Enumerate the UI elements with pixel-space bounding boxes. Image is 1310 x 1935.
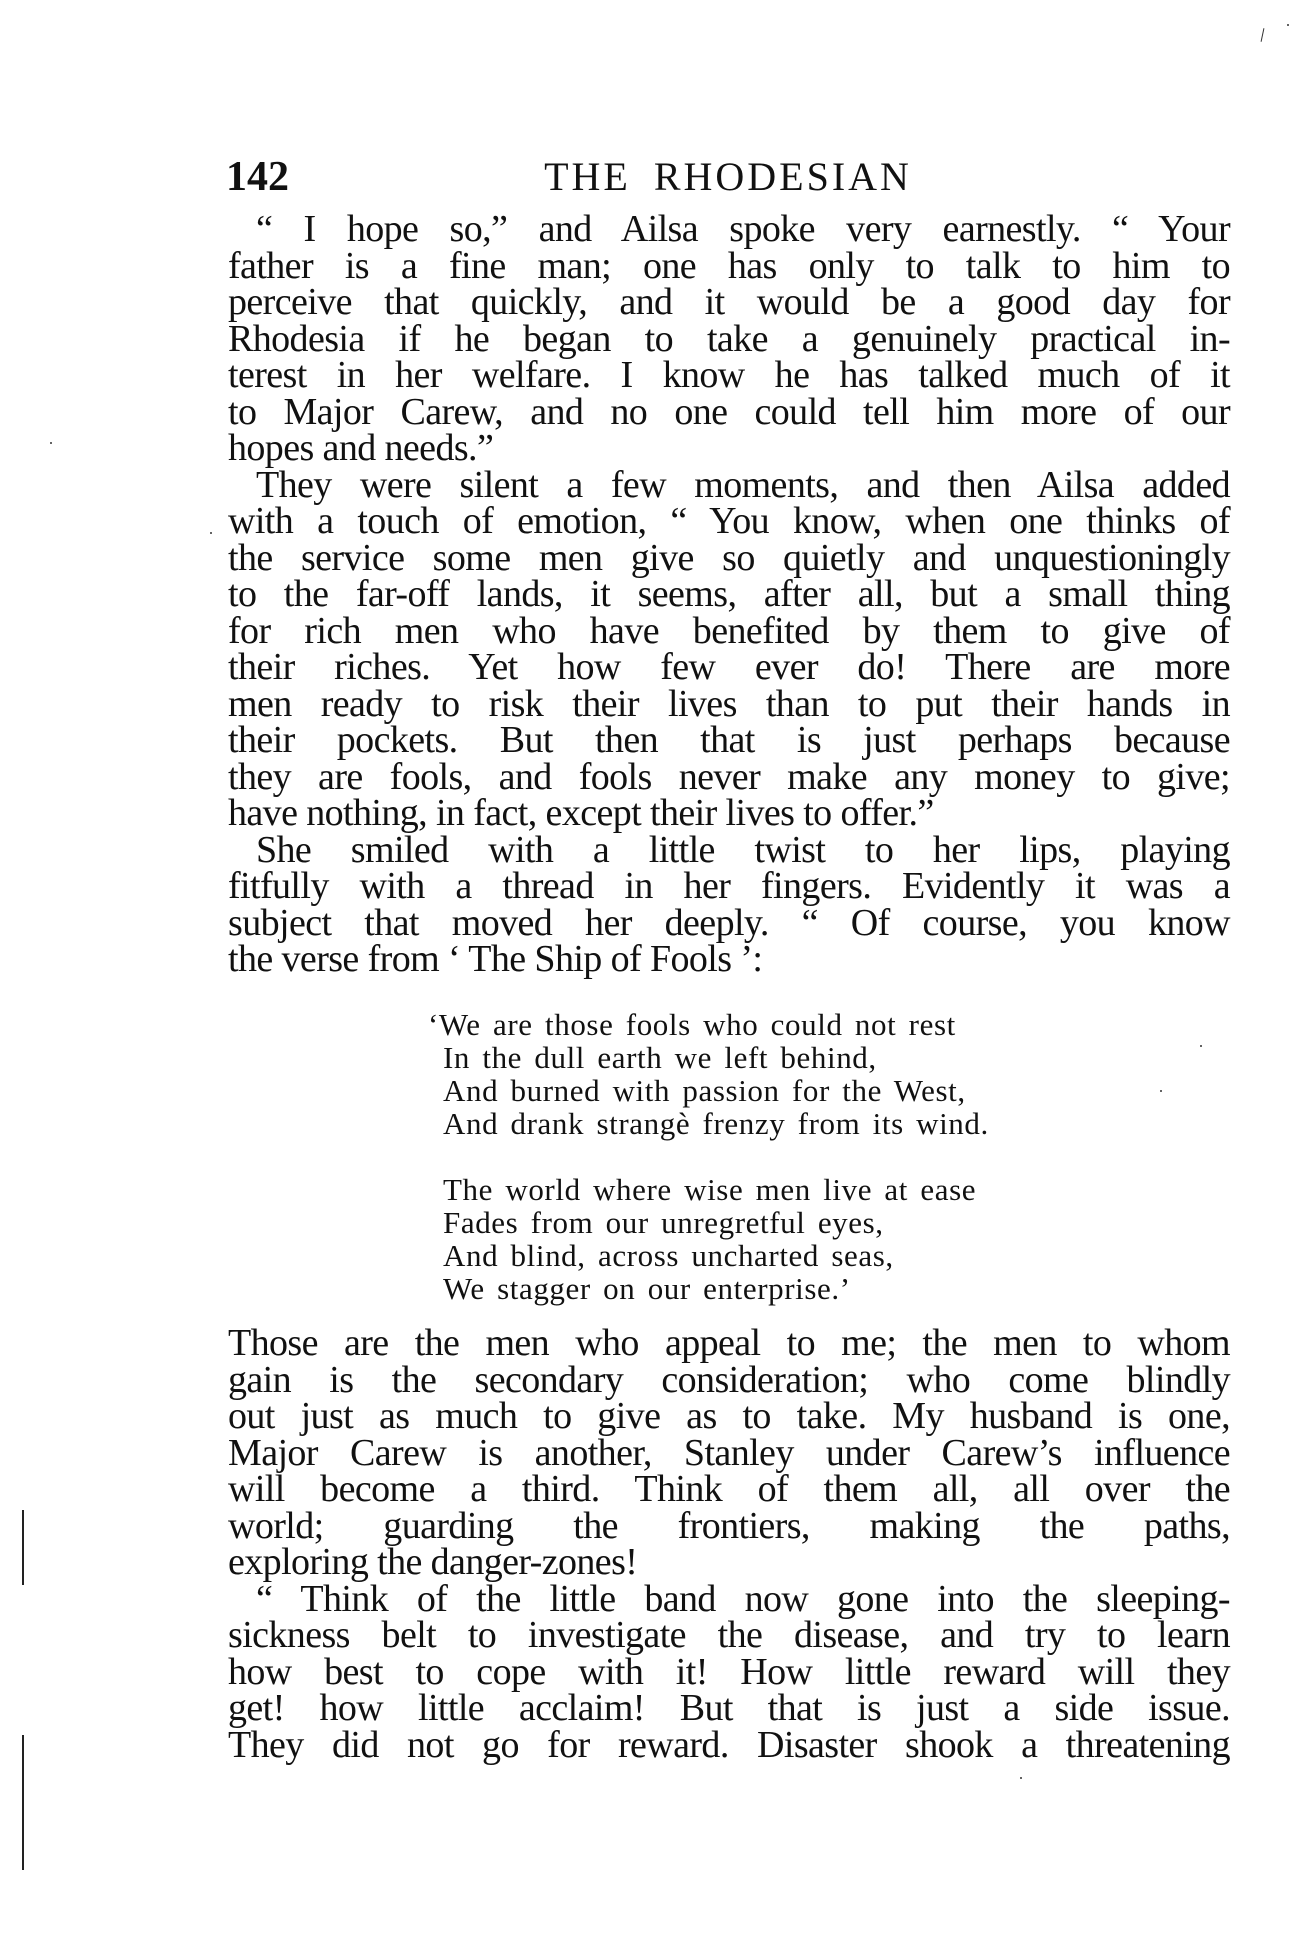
running-title: THE RHODESIAN bbox=[226, 152, 1230, 202]
scan-speck bbox=[1160, 1090, 1162, 1092]
text-line: father is a fine man; one has only to ta… bbox=[228, 248, 1230, 285]
verse-line: And burned with passion for the West, bbox=[428, 1074, 1078, 1107]
text-line: sickness belt to investigate the disease… bbox=[228, 1617, 1230, 1654]
text-line: Major Carew is another, Stanley under Ca… bbox=[228, 1435, 1230, 1472]
body-text-after-verse: Those are the men who appeal to me; the … bbox=[228, 1325, 1230, 1763]
text-line: men ready to risk their lives than to pu… bbox=[228, 686, 1230, 723]
verse-quotation: ‘We are those fools who could not rest I… bbox=[428, 1008, 1078, 1305]
scan-speck bbox=[210, 532, 212, 534]
text-line: Rhodesia if he began to take a genuinely… bbox=[228, 321, 1230, 358]
scan-speck bbox=[1261, 28, 1265, 42]
text-line: terest in her welfare. I know he has tal… bbox=[228, 357, 1230, 394]
text-line: for rich men who have benefited by them … bbox=[228, 613, 1230, 650]
text-line: exploring the danger-zones! bbox=[228, 1544, 1230, 1581]
text-line: with a touch of emotion, “ You know, whe… bbox=[228, 503, 1230, 540]
text-line: the service some men give so quietly and… bbox=[228, 540, 1230, 577]
verse-line: ‘We are those fools who could not rest bbox=[428, 1008, 1078, 1041]
verse-line: The world where wise men live at ease bbox=[428, 1173, 1078, 1206]
text-line: their riches. Yet how few ever do! There… bbox=[228, 649, 1230, 686]
paragraph: They were silent a few moments, and then… bbox=[228, 467, 1230, 832]
verse-line: Fades from our unregretful eyes, bbox=[428, 1206, 1078, 1239]
text-line: out just as much to give as to take. My … bbox=[228, 1398, 1230, 1435]
verse-line: And blind, across uncharted seas, bbox=[428, 1239, 1078, 1272]
text-line: they are fools, and fools never make any… bbox=[228, 759, 1230, 796]
text-line: will become a third. Think of them all, … bbox=[228, 1471, 1230, 1508]
text-line: their pockets. But then that is just per… bbox=[228, 722, 1230, 759]
scan-speck bbox=[1287, 24, 1289, 26]
body-text-before-verse: “ I hope so,” and Ailsa spoke very earne… bbox=[228, 211, 1230, 978]
text-line: Those are the men who appeal to me; the … bbox=[228, 1325, 1230, 1362]
text-line: the verse from ‘ The Ship of Fools ’: bbox=[228, 941, 1230, 978]
verse-line: And drank strangè frenzy from its wind. bbox=[428, 1107, 1078, 1140]
paragraph: “ I hope so,” and Ailsa spoke very earne… bbox=[228, 211, 1230, 467]
text-line: get! how little acclaim! But that is jus… bbox=[228, 1690, 1230, 1727]
text-line: “ Think of the little band now gone into… bbox=[228, 1581, 1230, 1618]
verse-line: In the dull earth we left behind, bbox=[428, 1041, 1078, 1074]
verse-stanza: ‘We are those fools who could not rest I… bbox=[428, 1008, 1078, 1140]
book-page: 142 THE RHODESIAN “ I hope so,” and Ails… bbox=[0, 0, 1310, 1935]
text-line: “ I hope so,” and Ailsa spoke very earne… bbox=[228, 211, 1230, 248]
text-line: hopes and needs.” bbox=[228, 430, 1230, 467]
paragraph: Those are the men who appeal to me; the … bbox=[228, 1325, 1230, 1581]
text-line: perceive that quickly, and it would be a… bbox=[228, 284, 1230, 321]
paragraph: She smiled with a little twist to her li… bbox=[228, 832, 1230, 978]
text-line: She smiled with a little twist to her li… bbox=[228, 832, 1230, 869]
text-line: They did not go for reward. Disaster sho… bbox=[228, 1727, 1230, 1764]
text-line: world; guarding the frontiers, making th… bbox=[228, 1508, 1230, 1545]
verse-line: We stagger on our enterprise.’ bbox=[428, 1272, 1078, 1305]
text-line: to Major Carew, and no one could tell hi… bbox=[228, 394, 1230, 431]
text-line: gain is the secondary consideration; who… bbox=[228, 1362, 1230, 1399]
paragraph: “ Think of the little band now gone into… bbox=[228, 1581, 1230, 1764]
text-line: fitfully with a thread in her fingers. E… bbox=[228, 868, 1230, 905]
scan-speck bbox=[1020, 1777, 1022, 1779]
text-line: have nothing, in fact, except their live… bbox=[228, 795, 1230, 832]
scan-speck bbox=[50, 442, 52, 444]
stanza-gap bbox=[428, 1140, 1078, 1173]
text-line: They were silent a few moments, and then… bbox=[228, 467, 1230, 504]
scan-margin-line bbox=[22, 1735, 24, 1870]
text-line: how best to cope with it! How little rew… bbox=[228, 1654, 1230, 1691]
scan-margin-line bbox=[22, 1510, 24, 1585]
verse-stanza: The world where wise men live at ease Fa… bbox=[428, 1173, 1078, 1305]
scan-speck bbox=[1200, 1045, 1202, 1047]
text-line: to the far-off lands, it seems, after al… bbox=[228, 576, 1230, 613]
text-line: subject that moved her deeply. “ Of cour… bbox=[228, 905, 1230, 942]
running-head: 142 THE RHODESIAN bbox=[226, 152, 1230, 202]
